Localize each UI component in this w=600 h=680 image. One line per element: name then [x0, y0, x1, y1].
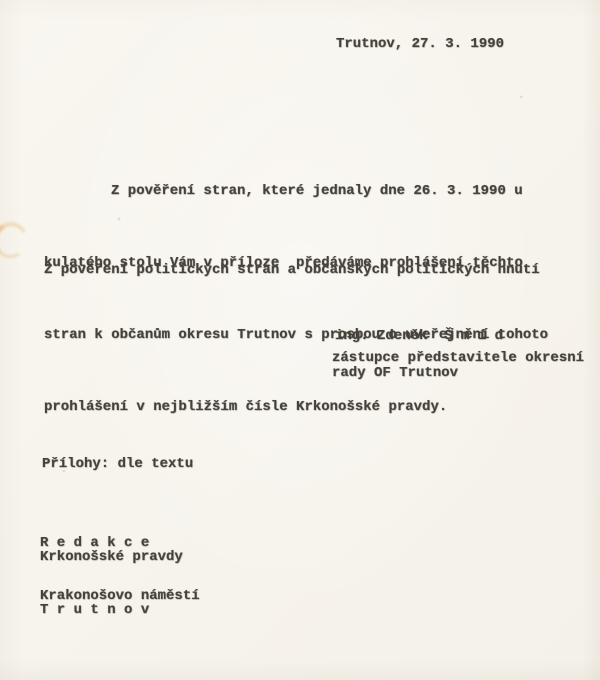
- paragraph-line: prohlášení v nejbližším čísle Krkonošské…: [44, 395, 548, 419]
- recipient-line-street: Krakonošovo náměstí: [40, 589, 200, 603]
- authorization-line: Z pověření politických stran a občanskýc…: [44, 263, 540, 277]
- paragraph-line: Z pověření stran, které jednaly dne 26. …: [44, 179, 548, 203]
- signatory-title-line-2: rady OF Trutnov: [332, 366, 458, 380]
- paper-stain: [0, 219, 31, 261]
- scanned-letter-page: { "letter": { "date_line": "Trutnov, 27.…: [0, 0, 600, 680]
- attachments-line: Přílohy: dle textu: [42, 457, 193, 471]
- signatory-title-line-1: zástupce představitele okresní: [332, 351, 584, 365]
- recipient-line-redakce: R e d a k c e: [40, 536, 149, 550]
- recipient-line-newspaper: Krkonošské pravdy: [40, 550, 183, 564]
- date-line: Trutnov, 27. 3. 1990: [336, 37, 504, 51]
- signatory-name: ing. Zdeněk Š m í d: [335, 329, 503, 343]
- recipient-line-city: T r u t n o v: [40, 603, 149, 617]
- paper-speck: [520, 96, 522, 98]
- body-paragraph: Z pověření stran, které jednaly dne 26. …: [44, 131, 548, 443]
